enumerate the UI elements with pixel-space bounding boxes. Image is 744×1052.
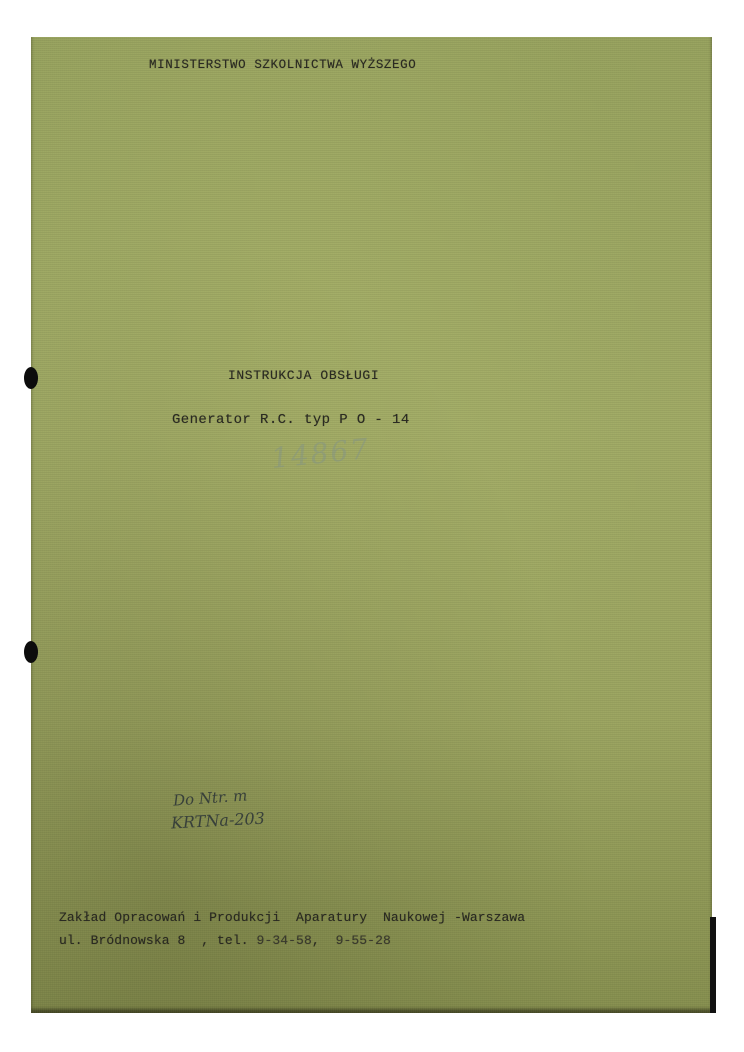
handwritten-note-line-1: Do Ntr. m — [172, 786, 247, 809]
publisher-name: Zakład Opracowań i Produkcji Aparatury N… — [59, 910, 525, 925]
document-subtitle: Generator R.C. typ P O - 14 — [172, 412, 410, 428]
publisher-address: ul. Bródnowska 8 , tel. 9-34-58, 9-55-28 — [59, 933, 391, 948]
binding-hole — [24, 641, 38, 663]
phone-number-1: 9-34-58 — [257, 933, 312, 948]
document-cover-page: MINISTERSTWO SZKOLNICTWA WYŻSZEGO INSTRU… — [31, 37, 712, 1013]
address-text: ul. Bródnowska 8 , tel. — [59, 933, 257, 948]
faded-inventory-number: 14867 — [270, 432, 372, 475]
handwritten-note-line-2: KRTNa-203 — [171, 809, 266, 833]
binding-hole — [24, 367, 38, 389]
document-title: INSTRUKCJA OBSŁUGI — [228, 368, 379, 383]
phone-number-2: 9-55-28 — [336, 933, 391, 948]
ministry-header: MINISTERSTWO SZKOLNICTWA WYŻSZEGO — [149, 58, 416, 72]
phone-separator: , — [312, 933, 336, 948]
